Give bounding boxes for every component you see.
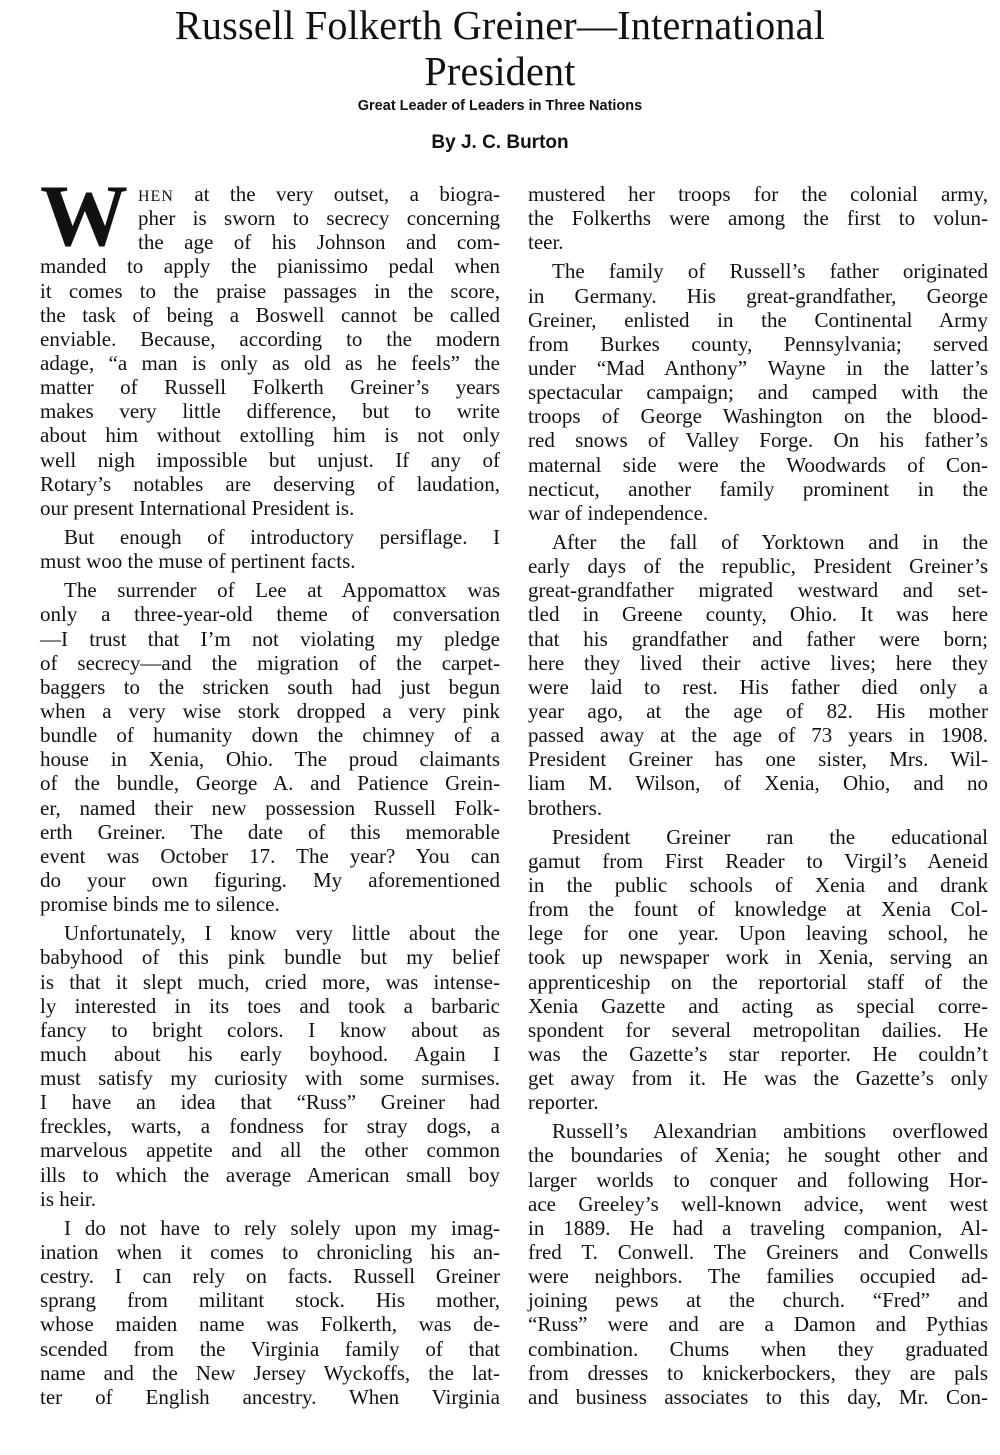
text-line: must woo the muse of pertinent facts.	[40, 549, 500, 573]
text-line: Rotary’s notables are deserving of lauda…	[40, 472, 500, 496]
article-byline: By J. C. Burton	[0, 132, 1000, 154]
text-line: name and the New Jersey Wyckoffs, the la…	[40, 1361, 500, 1385]
text-line: were laid to rest. His father died only …	[528, 675, 988, 699]
text-line: do your own figuring. My aforementioned	[40, 868, 500, 892]
text-line: matter of Russell Folkerth Greiner’s yea…	[40, 375, 500, 399]
text-line: freckles, warts, a fondness for stray do…	[40, 1114, 500, 1138]
small-caps-lead: HEN	[138, 188, 174, 205]
text-line: the task of being a Boswell cannot be ca…	[40, 303, 500, 327]
article-title: Russell Folkerth Greiner—International P…	[10, 2, 990, 94]
text-line: get away from it. He was the Gazette’s o…	[528, 1066, 988, 1090]
text-line: ination when it comes to chronicling his…	[40, 1240, 500, 1264]
text-line: tled in Greene county, Ohio. It was here	[528, 602, 988, 626]
text-line: The family of Russell’s father originate…	[528, 259, 988, 283]
text-line: fancy to bright colors. I know about as	[40, 1018, 500, 1042]
paragraph: President Greiner ran the educationalgam…	[528, 825, 988, 1115]
paragraph: But enough of introductory persiflage. I…	[40, 525, 500, 573]
text-line: were neighbors. The families occupied ad…	[528, 1264, 988, 1288]
text-line: marvelous appetite and all the other com…	[40, 1138, 500, 1162]
paragraph: Unfortunately, I know very little about …	[40, 921, 500, 1211]
text-line: manded to apply the pianissimo pedal whe…	[40, 254, 500, 278]
article-subtitle: Great Leader of Leaders in Three Nations	[0, 98, 1000, 114]
text-line: apprenticeship on the reportorial staff …	[528, 970, 988, 994]
text-line: it comes to the praise passages in the s…	[40, 279, 500, 303]
text-line: great-grandfather migrated westward and …	[528, 578, 988, 602]
first-line-rest: at the very outset, a biogra-	[174, 182, 500, 206]
text-line: baggers to the stricken south had just b…	[40, 675, 500, 699]
left-column: HEN at the very outset, a biogra-pher is…	[40, 182, 500, 1409]
text-line: maternal side were the Woodwards of Con-	[528, 453, 988, 477]
text-line: Russell’s Alexandrian ambitions overflow…	[528, 1119, 988, 1143]
text-line: well nigh impossible but unjust. If any …	[40, 448, 500, 472]
text-line: passed away at the age of 73 years in 19…	[528, 723, 988, 747]
text-line: in Germany. His great-grandfather, Georg…	[528, 284, 988, 308]
text-line: troops of George Washington on the blood…	[528, 404, 988, 428]
text-line: gamut from First Reader to Virgil’s Aene…	[528, 849, 988, 873]
text-line: necticut, another family prominent in th…	[528, 477, 988, 501]
text-line: er, named their new possession Russell F…	[40, 796, 500, 820]
text-line: took up newspaper work in Xenia, serving…	[528, 945, 988, 969]
text-line: and business associates to this day, Mr.…	[528, 1385, 988, 1409]
text-line: President Greiner ran the educational	[528, 825, 988, 849]
text-line: sprang from militant stock. His mother,	[40, 1288, 500, 1312]
text-line: lege for one year. Upon leaving school, …	[528, 921, 988, 945]
text-line: Xenia Gazette and acting as special corr…	[528, 994, 988, 1018]
text-line: ter of English ancestry. When Virginia	[40, 1385, 500, 1409]
text-line: year ago, at the age of 82. His mother	[528, 699, 988, 723]
text-line: fred T. Conwell. The Greiners and Conwel…	[528, 1240, 988, 1264]
text-line: larger worlds to conquer and following H…	[528, 1168, 988, 1192]
text-line: war of independence.	[528, 501, 988, 525]
text-line: After the fall of Yorktown and in the	[528, 530, 988, 554]
text-line: adage, “a man is only as old as he feels…	[40, 351, 500, 375]
text-line: must satisfy my curiosity with some surm…	[40, 1066, 500, 1090]
text-line: joining pews at the church. “Fred” and	[528, 1288, 988, 1312]
text-line: Unfortunately, I know very little about …	[40, 921, 500, 945]
text-line: But enough of introductory persiflage. I	[40, 525, 500, 549]
text-line: was the Gazette’s star reporter. He coul…	[528, 1042, 988, 1066]
text-line: house in Xenia, Ohio. The proud claimant…	[40, 747, 500, 771]
text-line: brothers.	[528, 796, 988, 820]
paragraph: The surrender of Lee at Appomattox wason…	[40, 578, 500, 916]
text-line: the Folkerths were among the first to vo…	[528, 206, 988, 230]
text-line: promise binds me to silence.	[40, 892, 500, 916]
text-line: —I trust that I’m not violating my pledg…	[40, 627, 500, 651]
text-line: only a three-year-old theme of conversat…	[40, 602, 500, 626]
text-line: our present International President is.	[40, 496, 500, 520]
text-line: HEN at the very outset, a biogra-	[40, 182, 500, 206]
text-line: ly interested in its toes and took a bar…	[40, 994, 500, 1018]
text-line: combination. Chums when they graduated	[528, 1337, 988, 1361]
title-line-1: Russell Folkerth Greiner—International	[175, 2, 825, 48]
text-line: liam M. Wilson, of Xenia, Ohio, and no	[528, 771, 988, 795]
text-line: makes very little difference, but to wri…	[40, 399, 500, 423]
text-line: that his grandfather and father were bor…	[528, 627, 988, 651]
text-line: cestry. I can rely on facts. Russell Gre…	[40, 1264, 500, 1288]
text-line: President Greiner has one sister, Mrs. W…	[528, 747, 988, 771]
text-line: under “Mad Anthony” Wayne in the latter’…	[528, 356, 988, 380]
text-line: teer.	[528, 230, 988, 254]
text-line: is that it slept much, cried more, was i…	[40, 970, 500, 994]
text-line: whose maiden name was Folkerth, was de-	[40, 1312, 500, 1336]
text-line: the age of his Johnson and com-	[40, 230, 500, 254]
text-line: I have an idea that “Russ” Greiner had	[40, 1090, 500, 1114]
text-line: is heir.	[40, 1187, 500, 1211]
text-line: ace Greeley’s well-known advice, went we…	[528, 1192, 988, 1216]
text-line: mustered her troops for the colonial arm…	[528, 182, 988, 206]
text-line: reporter.	[528, 1090, 988, 1114]
text-line: much about his early boyhood. Again I	[40, 1042, 500, 1066]
text-line: here they lived their active lives; here…	[528, 651, 988, 675]
text-line: the boundaries of Xenia; he sought other…	[528, 1143, 988, 1167]
paragraph: I do not have to rely solely upon my ima…	[40, 1216, 500, 1409]
title-line-2: President	[424, 48, 575, 94]
text-line: in the public schools of Xenia and drank	[528, 873, 988, 897]
text-line: I do not have to rely solely upon my ima…	[40, 1216, 500, 1240]
text-line: in 1889. He had a traveling companion, A…	[528, 1216, 988, 1240]
paragraph: The family of Russell’s father originate…	[528, 259, 988, 525]
paragraph: mustered her troops for the colonial arm…	[528, 182, 988, 254]
text-line: scended from the Virginia family of that	[40, 1337, 500, 1361]
text-line: from Burkes county, Pennsylvania; served	[528, 332, 988, 356]
text-line: early days of the republic, President Gr…	[528, 554, 988, 578]
text-line: of secrecy—and the migration of the carp…	[40, 651, 500, 675]
text-line: Greiner, enlisted in the Continental Arm…	[528, 308, 988, 332]
text-line: ills to which the average American small…	[40, 1163, 500, 1187]
text-line: “Russ” were and are a Damon and Pythias	[528, 1312, 988, 1336]
text-line: spondent for several metropolitan dailie…	[528, 1018, 988, 1042]
right-column: mustered her troops for the colonial arm…	[528, 182, 988, 1409]
text-line: of the bundle, George A. and Patience Gr…	[40, 771, 500, 795]
paragraph: HEN at the very outset, a biogra-pher is…	[40, 182, 500, 520]
text-line: erth Greiner. The date of this memorable	[40, 820, 500, 844]
paragraph: After the fall of Yorktown and in theear…	[528, 530, 988, 820]
text-line: about him without extolling him is not o…	[40, 423, 500, 447]
text-line: spectacular campaign; and camped with th…	[528, 380, 988, 404]
text-line: from the fount of knowledge at Xenia Col…	[528, 897, 988, 921]
text-line: red snows of Valley Forge. On his father…	[528, 428, 988, 452]
text-line: pher is sworn to secrecy concerning	[40, 206, 500, 230]
paragraph: Russell’s Alexandrian ambitions overflow…	[528, 1119, 988, 1409]
text-line: from dresses to knickerbockers, they are…	[528, 1361, 988, 1385]
text-line: enviable. Because, according to the mode…	[40, 327, 500, 351]
text-line: The surrender of Lee at Appomattox was	[40, 578, 500, 602]
text-line: when a very wise stork dropped a very pi…	[40, 699, 500, 723]
text-line: bundle of humanity down the chimney of a	[40, 723, 500, 747]
text-line: event was October 17. The year? You can	[40, 844, 500, 868]
text-line: babyhood of this pink bundle but my beli…	[40, 945, 500, 969]
